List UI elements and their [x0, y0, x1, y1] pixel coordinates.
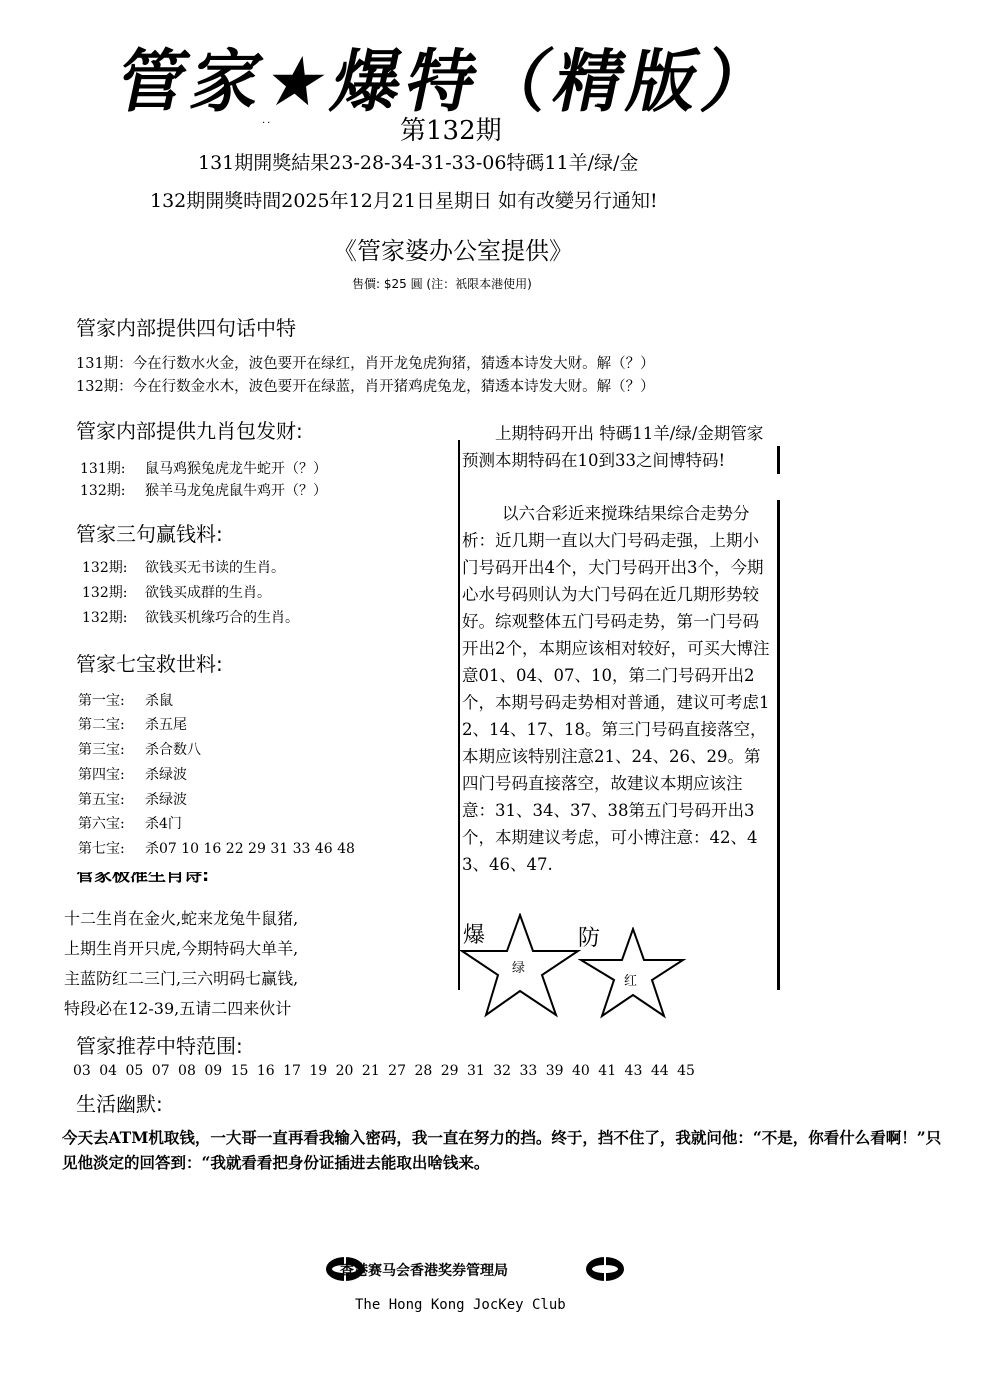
next-draw-time: 132期開獎時間2025年12月21日星期日 如有改變另行通知! [150, 186, 658, 213]
section-heading-nine-zodiac: 管家内部提供九肖包发财: [76, 415, 303, 444]
price-note: 售價: $25 圓 (注：祇限本港使用) [352, 275, 532, 292]
poem-line: 主蓝防红二三门,三六明码七赢钱, [64, 966, 298, 989]
treasure-label: 第三宝: [78, 739, 125, 759]
decor-dots: ·· [262, 118, 272, 129]
org-name-en: The Hong Kong JocKey Club [355, 1297, 566, 1313]
section-heading-four-lines: 管家内部提供四句话中特 [76, 312, 296, 341]
section-heading-three-lines: 管家三句赢钱料: [76, 518, 223, 547]
treasure-label: 第一宝: [78, 690, 125, 710]
treasure-text: 杀绿波 [145, 789, 187, 809]
jockey-club-emblem-icon [585, 1255, 625, 1283]
section-heading-seven-treasures: 管家七宝救世料: [76, 648, 223, 677]
four-lines-row: 131期：今在行数水火金，波色要开在绿红，肖开龙兔虎狗猪，猜透本诗发大财。解（？… [76, 352, 655, 373]
treasure-text: 杀07 10 16 22 29 31 33 46 48 [145, 838, 355, 858]
treasure-text: 杀4门 [145, 813, 182, 833]
treasure-label: 第四宝: [78, 764, 125, 784]
section-heading-humor: 生活幽默: [76, 1088, 163, 1117]
poem-heading-text: 管家极准生肖诗: [76, 872, 209, 886]
nine-zodiac-text: 猴羊马龙兔虎鼠牛鸡开（？） [145, 480, 327, 500]
star-inner-text: 红 [624, 970, 637, 989]
poem-line: 特段必在12-39,五请二四来伙计 [64, 996, 291, 1019]
analysis-body: 以六合彩近来搅珠结果综合走势分析：近几期一直以大门号码走强，上期小门号码开出4个… [462, 500, 774, 878]
three-lines-text: 欲钱买成群的生肖。 [145, 582, 271, 602]
nine-zodiac-period: 131期: [80, 458, 125, 478]
treasure-text: 杀鼠 [145, 690, 173, 710]
treasure-text: 杀绿波 [145, 764, 187, 784]
analysis-intro: 上期特码开出 特碼11羊/绿/金期管家预测本期特码在10到33之间博特码! [462, 420, 774, 474]
three-lines-text: 欲钱买机缘巧合的生肖。 [145, 607, 299, 627]
org-name-cn: 香港赛马会香港奖券管理局 [340, 1260, 508, 1280]
analysis-box-border-left [458, 440, 460, 990]
poem-line: 十二生肖在金火,蛇来龙兔牛鼠猪, [64, 906, 298, 929]
treasure-label: 第七宝: [78, 838, 125, 858]
provider-line: 《管家婆办公室提供》 [333, 231, 573, 266]
treasure-label: 第二宝: [78, 714, 125, 734]
analysis-box-border-right [777, 500, 780, 990]
poem-line: 上期生肖开只虎,今期特码大单羊, [64, 936, 298, 959]
nine-zodiac-period: 132期: [80, 480, 125, 500]
treasure-text: 杀五尾 [145, 714, 187, 734]
three-lines-period: 132期: [82, 582, 127, 602]
analysis-box-border-right [777, 446, 780, 474]
humor-text: 今天去ATM机取钱，一大哥一直再看我输入密码，我一直在努力的挡。终于，挡不住了，… [62, 1125, 952, 1175]
recommended-numbers: 03 04 05 07 08 09 15 16 17 19 20 21 27 2… [73, 1063, 695, 1079]
nine-zodiac-text: 鼠马鸡猴兔虎龙牛蛇开（？） [145, 458, 327, 478]
treasure-label: 第六宝: [78, 813, 125, 833]
last-draw-result: 131期開獎結果23-28-34-31-33-06特碼11羊/绿/金 [198, 148, 638, 175]
treasure-text: 杀合数八 [145, 739, 201, 759]
three-lines-text: 欲钱买无书读的生肖。 [145, 557, 285, 577]
three-lines-period: 132期: [82, 607, 127, 627]
issue-number: 第132期 [400, 110, 502, 147]
four-lines-row: 132期：今在行数金水木，波色要开在绿蓝，肖开猪鸡虎兔龙，猜透本诗发大财。解（？… [76, 375, 655, 396]
section-heading-recommended-range: 管家推荐中特范围: [76, 1030, 243, 1059]
three-lines-period: 132期: [82, 557, 127, 577]
star-inner-text: 绿 [512, 957, 525, 976]
treasure-label: 第五宝: [78, 789, 125, 809]
section-heading-poem: 管家极准生肖诗: [76, 872, 209, 886]
